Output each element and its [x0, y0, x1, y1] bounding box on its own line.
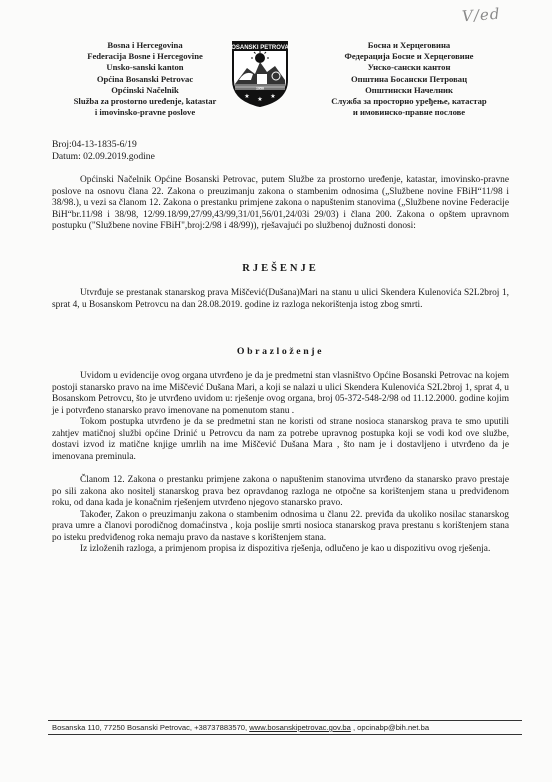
- footer-contact: Bosanska 110, 77250 Bosanski Petrovac, +…: [48, 720, 522, 735]
- header-line: и имовинско-правне послове: [294, 107, 524, 118]
- svg-text:★: ★: [244, 93, 249, 100]
- header-line: Općina Bosanski Petrovac: [40, 74, 250, 85]
- reasoning-paragraph: Članom 12. Zakona o prestanku primjene z…: [52, 475, 509, 510]
- header-line: Federacija Bosne i Hercegovine: [40, 51, 250, 62]
- svg-text:★: ★: [270, 93, 275, 100]
- header-line: Општински Начелник: [294, 85, 524, 96]
- header-latin: Bosna i Hercegovina Federacija Bosne i H…: [40, 40, 250, 118]
- website-link[interactable]: www.bosanskipetrovac.gov.ba: [249, 723, 351, 732]
- header-line: Bosna i Hercegovina: [40, 40, 250, 51]
- reasoning-section: Uvidom u evidencije ovog organa utvrđeno…: [52, 371, 509, 556]
- header-cyrillic: Босна и Херцеговина Федерација Босне и Х…: [294, 40, 524, 118]
- header-line: Општина Босански Петровац: [294, 74, 524, 85]
- crest-year: 1950: [256, 87, 264, 91]
- handwritten-note: V/ed: [461, 5, 501, 26]
- document-date: Datum: 02.09.2019.godine: [52, 151, 155, 163]
- intro-section: Općinski Načelnik Općine Bosanski Petrov…: [52, 175, 509, 233]
- header-line: Служба за просторно уређење, катастар: [294, 96, 524, 107]
- municipality-crest-icon: BOSANSKI PETROVAC 1950 ★★★: [231, 40, 289, 108]
- reasoning-paragraph: Uvidom u evidencije ovog organa utvrđeno…: [52, 371, 509, 417]
- crest-banner: BOSANSKI PETROVAC: [231, 45, 289, 51]
- header-line: Унско-сански кантон: [294, 62, 524, 73]
- decision-paragraph: Utvrđuje se prestanak stanarskog prava M…: [52, 288, 509, 311]
- header-line: Unsko-sanski kanton: [40, 62, 250, 73]
- reasoning-paragraph: Također, Zakon o preuzimanju zakona o st…: [52, 510, 509, 545]
- decision-title: RJEŠENJE: [52, 263, 509, 274]
- header-line: Služba za prostorno uređenje, katastar: [40, 96, 250, 107]
- reasoning-paragraph: Tokom postupka utvrđeno je da se predmet…: [52, 417, 509, 463]
- header-line: Федерација Босне и Херцеговине: [294, 51, 524, 62]
- document-meta: Broj:04-13-1835-6/19 Datum: 02.09.2019.g…: [52, 139, 155, 162]
- reasoning-title: Obrazloženje: [52, 346, 509, 357]
- header-line: Općinski Načelnik: [40, 85, 250, 96]
- email-address[interactable]: opcinabp@bih.net.ba: [357, 723, 429, 732]
- decision-section: Utvrđuje se prestanak stanarskog prava M…: [52, 288, 509, 311]
- reasoning-paragraph: Iz izloženih razloga, a primjenom propis…: [52, 544, 509, 556]
- intro-paragraph: Općinski Načelnik Općine Bosanski Petrov…: [52, 175, 509, 233]
- svg-text:★: ★: [257, 96, 262, 103]
- reference-number: Broj:04-13-1835-6/19: [52, 139, 155, 151]
- header-line: i imovinsko-pravne poslove: [40, 107, 250, 118]
- footer-address: Bosanska 110, 77250 Bosanski Petrovac, +…: [52, 723, 249, 732]
- header-line: Босна и Херцеговина: [294, 40, 524, 51]
